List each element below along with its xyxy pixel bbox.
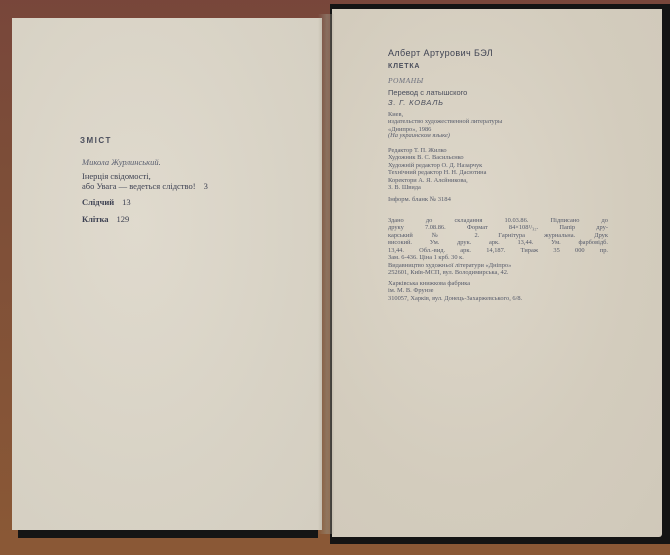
contents-heading: ЗМІСТ [80, 136, 112, 145]
toc-entry-1-line-1: Інерція свідомості, [82, 171, 151, 181]
publisher-info: Видавництво художньої літератури «Дніпро… [388, 262, 511, 277]
publication-line: издательство художественной литературы [388, 118, 502, 125]
toc-entry-2-title: Слідчий [82, 197, 114, 207]
credit-line: З. В. Швида [388, 184, 486, 191]
toc-author: Микола Журлинський. [82, 157, 161, 167]
printer-line: Харківська книжкова фабрика [388, 280, 522, 287]
toc-entry-2: Слідчий13 [82, 197, 131, 207]
tech-line: карський № 2. Гарнітура журнальна. Друк [388, 232, 608, 239]
credit-line: Редактор Т. П. Жилко [388, 147, 486, 154]
inform-blank: Інформ. бланк № 3184 [388, 196, 451, 203]
printer-line: ім. М. В. Фрунзе [388, 287, 522, 294]
translation-note: Перевод с латышского [388, 88, 467, 97]
credit-line: Художній редактор О. Д. Назарчук [388, 162, 486, 169]
toc-entry-1-line-2: або Увага — ведеться слідство!3 [82, 181, 208, 191]
publication-info: Киев, издательство художественной литера… [388, 111, 502, 133]
book-gutter [318, 14, 334, 534]
book-genre: РОМАНЫ [388, 76, 424, 85]
toc-entry-2-page: 13 [122, 197, 131, 207]
technical-specs: Здано до складання 10.03.86. Підписано д… [388, 217, 608, 261]
printer-info: Харківська книжкова фабрика ім. М. В. Фр… [388, 280, 522, 302]
tech-line: друку 7.08.86. Формат 84×108¹/₃₂. Папір … [388, 224, 608, 231]
credit-line: Художник В. С. Васильєнко [388, 154, 486, 161]
printer-line: 310057, Харків, вул. Донець-Захаржевсько… [388, 295, 522, 302]
publisher-line: Видавництво художньої літератури «Дніпро… [388, 262, 511, 269]
publisher-line: 252601, Київ-МСП, вул. Володимирська, 42… [388, 269, 511, 276]
credit-line: Коректори А. Я. Алєйникова, [388, 177, 486, 184]
toc-entry-3-page: 129 [117, 214, 130, 224]
toc-entry-3-title: Клітка [82, 214, 109, 224]
tech-line: 13,44. Обл.-вид. арк. 14,187. Тираж 35 0… [388, 247, 608, 254]
publication-line: Киев, [388, 111, 502, 118]
toc-entry-1-title: або Увага — ведеться слідство! [82, 181, 196, 191]
tech-line: Зам. 6-436. Ціна 1 крб. 30 к. [388, 254, 608, 261]
language-note: (На украинском языке) [388, 132, 450, 139]
tech-line: Здано до складання 10.03.86. Підписано д… [388, 217, 608, 224]
left-page [12, 18, 322, 530]
credit-line: Технічний редактор Н. Н. Дасютина [388, 169, 486, 176]
translator: З. Г. КОВАЛЬ [388, 98, 444, 107]
book-title: КЛЕТКА [388, 63, 420, 70]
toc-entry-1-page: 3 [204, 181, 208, 191]
toc-entry-3: Клітка129 [82, 214, 129, 224]
book-author: Алберт Артурович БЭЛ [388, 48, 493, 58]
tech-line: високий. Ум. друк. арк. 13,44. Ум. фарбо… [388, 239, 608, 246]
credits: Редактор Т. П. Жилко Художник В. С. Васи… [388, 147, 486, 191]
